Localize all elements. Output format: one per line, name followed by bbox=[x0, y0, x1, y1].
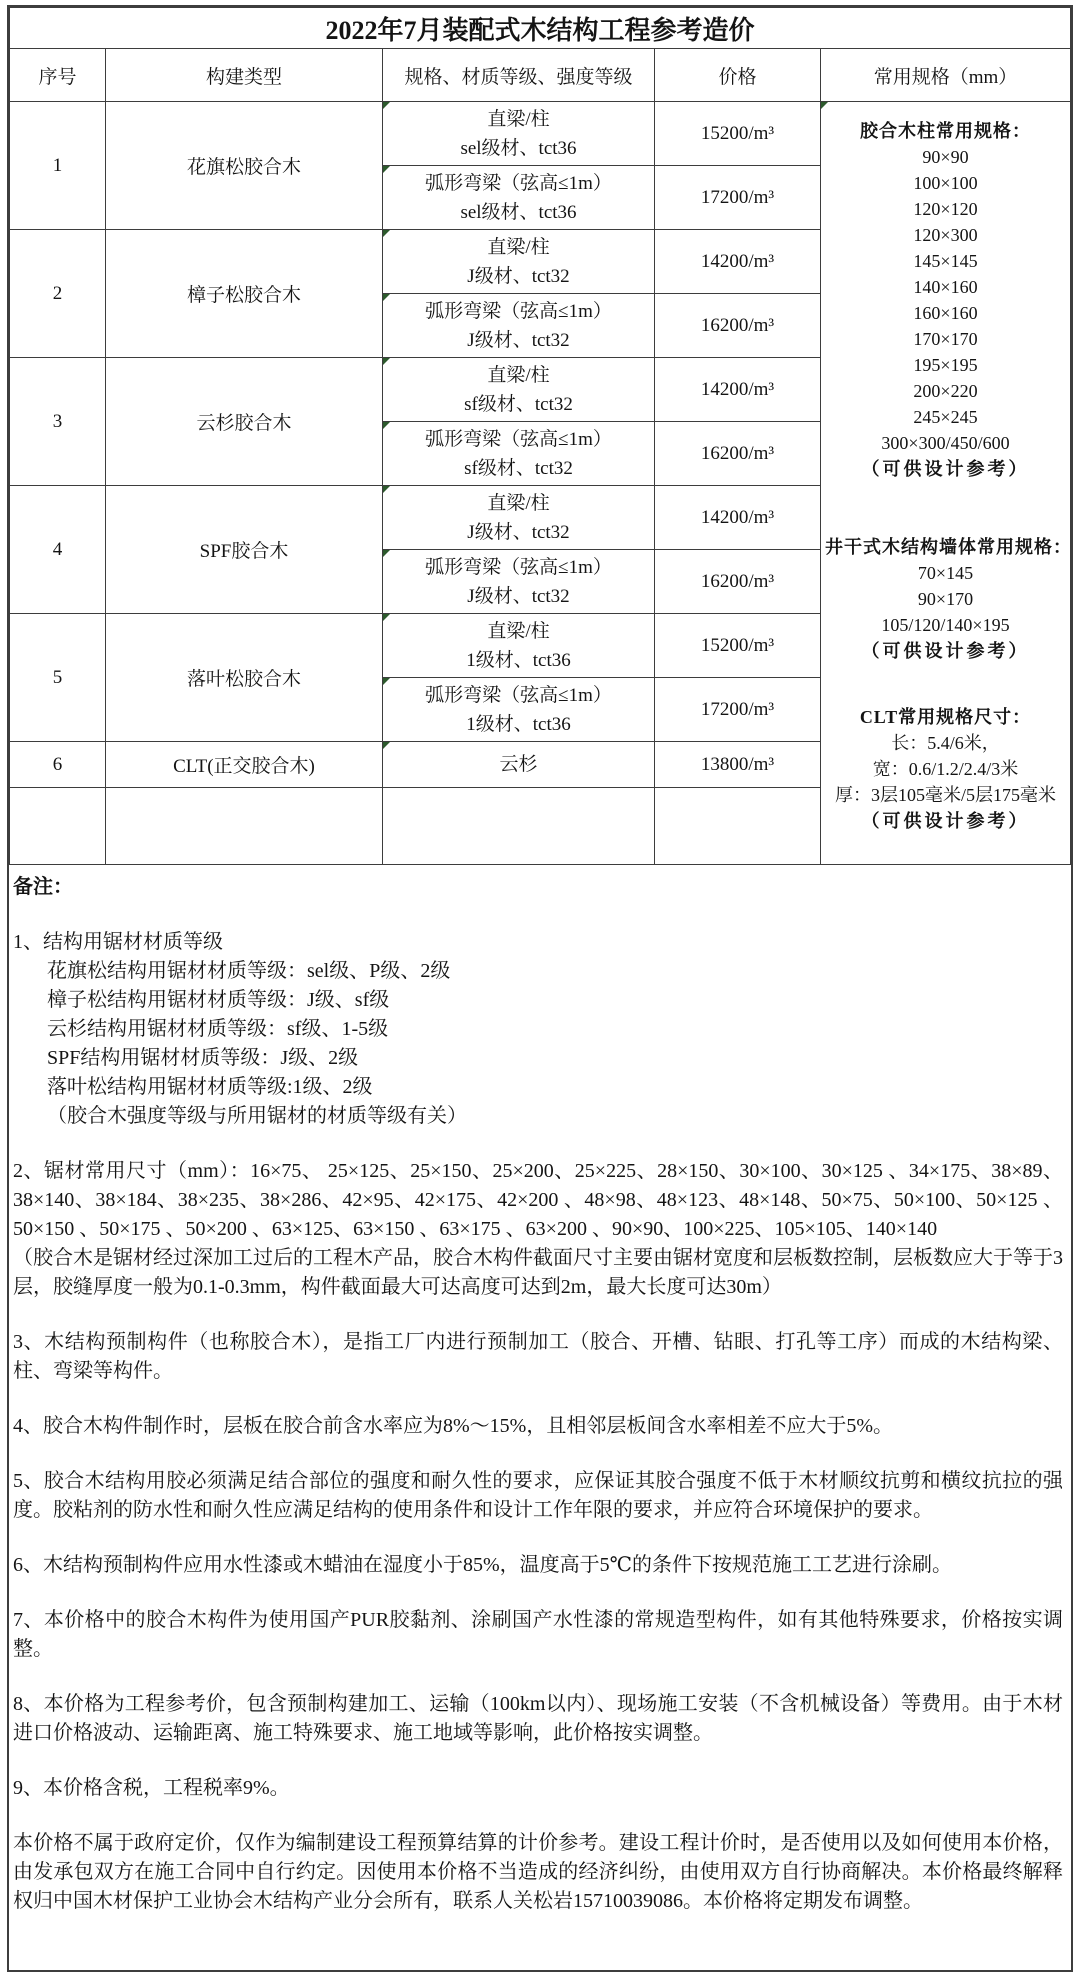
cell-corner-mark-icon bbox=[383, 358, 390, 365]
cell-corner-mark-icon bbox=[383, 486, 390, 493]
spec-line: 云杉 bbox=[383, 750, 654, 779]
cell-corner-mark-icon bbox=[821, 102, 828, 109]
price-value: 14200/m³ bbox=[655, 230, 821, 294]
row-number: 6 bbox=[10, 742, 106, 788]
note-line: 云杉结构用锯材材质等级：sf级、1-5级 bbox=[13, 1015, 1063, 1044]
spec-cell: 直梁/柱 sf级材、tct32 bbox=[383, 358, 655, 422]
side-spec-line: 100×100 bbox=[825, 170, 1066, 196]
column-header-spec: 规格、材质等级、强度等级 bbox=[383, 49, 655, 102]
price-value: 16200/m³ bbox=[655, 550, 821, 614]
cell-corner-mark-icon bbox=[383, 102, 390, 109]
spec-line: J级材、tct32 bbox=[383, 582, 654, 611]
note-7: 7、本价格中的胶合木构件为使用国产PUR胶黏剂、涂刷国产水性漆的常规造型构件，如… bbox=[13, 1606, 1063, 1664]
side-spec-line: 长：5.4/6米， bbox=[825, 730, 1066, 756]
row-number: 2 bbox=[10, 230, 106, 358]
spec-line: 弧形弯梁（弦高≤1m） bbox=[383, 425, 654, 454]
side-spec-line: 90×90 bbox=[825, 144, 1066, 170]
spec-cell: 弧形弯梁（弦高≤1m） sf级材、tct32 bbox=[383, 422, 655, 486]
empty-cell bbox=[10, 788, 106, 865]
spec-cell: 云杉 bbox=[383, 742, 655, 788]
component-type: SPF胶合木 bbox=[106, 486, 383, 614]
side-group-footer: （可供设计参考） bbox=[825, 456, 1066, 482]
log-wall-specs-group: 井干式木结构墙体常用规格： 70×145 90×170 105/120/140×… bbox=[825, 534, 1066, 664]
spec-line: 1级材、tct36 bbox=[383, 646, 654, 675]
side-spec-line: 300×300/450/600 bbox=[825, 430, 1066, 456]
side-group-footer: （可供设计参考） bbox=[825, 808, 1066, 834]
spec-cell: 直梁/柱 J级材、tct32 bbox=[383, 230, 655, 294]
cell-corner-mark-icon bbox=[383, 166, 390, 173]
spec-cell: 直梁/柱 sel级材、tct36 bbox=[383, 102, 655, 166]
price-value: 17200/m³ bbox=[655, 166, 821, 230]
empty-cell bbox=[655, 788, 821, 865]
spec-line: sf级材、tct32 bbox=[383, 390, 654, 419]
side-spec-line: 245×245 bbox=[825, 404, 1066, 430]
side-spec-line: 120×300 bbox=[825, 222, 1066, 248]
note-2: 2、锯材常用尺寸（mm）：16×75、 25×125、25×150、25×200… bbox=[13, 1157, 1063, 1302]
empty-cell bbox=[383, 788, 655, 865]
component-type: 花旗松胶合木 bbox=[106, 102, 383, 230]
side-spec-line: 90×170 bbox=[825, 586, 1066, 612]
spec-line: 弧形弯梁（弦高≤1m） bbox=[383, 553, 654, 582]
spec-line: 弧形弯梁（弦高≤1m） bbox=[383, 169, 654, 198]
price-value: 17200/m³ bbox=[655, 678, 821, 742]
spec-cell: 弧形弯梁（弦高≤1m） sel级材、tct36 bbox=[383, 166, 655, 230]
row-number: 5 bbox=[10, 614, 106, 742]
side-spec-line: 宽：0.6/1.2/2.4/3米 bbox=[825, 756, 1066, 782]
side-group-heading: 胶合木柱常用规格： bbox=[825, 118, 1066, 144]
spec-line: sel级材、tct36 bbox=[383, 134, 654, 163]
spec-line: 弧形弯梁（弦高≤1m） bbox=[383, 681, 654, 710]
spec-line: 弧形弯梁（弦高≤1m） bbox=[383, 297, 654, 326]
spec-line: sel级材、tct36 bbox=[383, 198, 654, 227]
note-3: 3、木结构预制构件（也称胶合木），是指工厂内进行预制加工（胶合、开槽、钻眼、打孔… bbox=[13, 1328, 1063, 1386]
spec-line: 直梁/柱 bbox=[383, 489, 654, 518]
spec-cell: 弧形弯梁（弦高≤1m） J级材、tct32 bbox=[383, 294, 655, 358]
note-line: 落叶松结构用锯材材质等级:1级、2级 bbox=[13, 1073, 1063, 1102]
spec-cell: 直梁/柱 1级材、tct36 bbox=[383, 614, 655, 678]
clt-specs-group: CLT常用规格尺寸： 长：5.4/6米， 宽：0.6/1.2/2.4/3米 厚：… bbox=[825, 704, 1066, 834]
spec-line: J级材、tct32 bbox=[383, 518, 654, 547]
column-header-no: 序号 bbox=[10, 49, 106, 102]
spec-cell: 弧形弯梁（弦高≤1m） J级材、tct32 bbox=[383, 550, 655, 614]
cell-corner-mark-icon bbox=[383, 230, 390, 237]
note-line: （胶合木是锯材经过深加工过后的工程木产品，胶合木构件截面尺寸主要由锯材宽度和层板… bbox=[13, 1244, 1063, 1302]
spec-line: J级材、tct32 bbox=[383, 262, 654, 291]
glulam-column-specs-group: 胶合木柱常用规格： 90×90 100×100 120×120 120×300 … bbox=[825, 118, 1066, 482]
note-1: 1、结构用锯材材质等级 花旗松结构用锯材材质等级：sel级、P级、2级 樟子松结… bbox=[13, 928, 1063, 1131]
side-spec-line: 70×145 bbox=[825, 560, 1066, 586]
price-value: 16200/m³ bbox=[655, 422, 821, 486]
price-value: 16200/m³ bbox=[655, 294, 821, 358]
spec-line: 直梁/柱 bbox=[383, 617, 654, 646]
side-group-heading: CLT常用规格尺寸： bbox=[825, 704, 1066, 730]
side-group-heading: 井干式木结构墙体常用规格： bbox=[825, 534, 1066, 560]
side-spec-line: 200×220 bbox=[825, 378, 1066, 404]
cell-corner-mark-icon bbox=[383, 550, 390, 557]
side-spec-line: 厚：3层105毫米/5层175毫米 bbox=[825, 782, 1066, 808]
row-number: 1 bbox=[10, 102, 106, 230]
row-number: 4 bbox=[10, 486, 106, 614]
note-8: 8、本价格为工程参考价，包含预制构建加工、运输（100km以内）、现场施工安装（… bbox=[13, 1690, 1063, 1748]
side-spec-line: 170×170 bbox=[825, 326, 1066, 352]
price-sheet: 2022年7月装配式木结构工程参考造价 序号 构建类型 规格、材质等级、强度等级… bbox=[7, 5, 1073, 1972]
price-value: 15200/m³ bbox=[655, 102, 821, 166]
price-value: 15200/m³ bbox=[655, 614, 821, 678]
note-line: （胶合木强度等级与所用锯材的材质等级有关） bbox=[13, 1102, 1063, 1131]
note-line: SPF结构用锯材材质等级：J级、2级 bbox=[13, 1044, 1063, 1073]
cell-corner-mark-icon bbox=[383, 294, 390, 301]
note-5: 5、胶合木结构用胶必须满足结合部位的强度和耐久性的要求，应保证其胶合强度不低于木… bbox=[13, 1467, 1063, 1525]
cell-corner-mark-icon bbox=[383, 422, 390, 429]
column-header-type: 构建类型 bbox=[106, 49, 383, 102]
notes-section: 备注： 1、结构用锯材材质等级 花旗松结构用锯材材质等级：sel级、P级、2级 … bbox=[9, 865, 1071, 1916]
spec-line: 1级材、tct36 bbox=[383, 710, 654, 739]
side-spec-line: 145×145 bbox=[825, 248, 1066, 274]
price-value: 14200/m³ bbox=[655, 358, 821, 422]
note-4: 4、胶合木构件制作时，层板在胶合前含水率应为8%～15%，且相邻层板间含水率相差… bbox=[13, 1412, 1063, 1441]
notes-disclaimer: 本价格不属于政府定价，仅作为编制建设工程预算结算的计价参考。建设工程计价时，是否… bbox=[13, 1829, 1063, 1916]
side-spec-line: 140×160 bbox=[825, 274, 1066, 300]
note-line: 樟子松结构用锯材材质等级：J级、sf级 bbox=[13, 986, 1063, 1015]
note-line: 1、结构用锯材材质等级 bbox=[13, 928, 1063, 957]
side-spec-line: 120×120 bbox=[825, 196, 1066, 222]
note-line: 花旗松结构用锯材材质等级：sel级、P级、2级 bbox=[13, 957, 1063, 986]
component-type: CLT(正交胶合木) bbox=[106, 742, 383, 788]
component-type: 落叶松胶合木 bbox=[106, 614, 383, 742]
spec-line: J级材、tct32 bbox=[383, 326, 654, 355]
page-title: 2022年7月装配式木结构工程参考造价 bbox=[10, 8, 1071, 49]
note-6: 6、木结构预制构件应用水性漆或木蜡油在湿度小于85%，温度高于5℃的条件下按规范… bbox=[13, 1551, 1063, 1580]
side-spec-line: 160×160 bbox=[825, 300, 1066, 326]
notes-label: 备注： bbox=[13, 873, 1063, 902]
side-group-footer: （可供设计参考） bbox=[825, 638, 1066, 664]
column-header-common-specs: 常用规格（mm） bbox=[821, 49, 1071, 102]
spec-cell: 直梁/柱 J级材、tct32 bbox=[383, 486, 655, 550]
cell-corner-mark-icon bbox=[383, 614, 390, 621]
note-line: 2、锯材常用尺寸（mm）：16×75、 25×125、25×150、25×200… bbox=[13, 1157, 1063, 1244]
component-type: 樟子松胶合木 bbox=[106, 230, 383, 358]
cell-corner-mark-icon bbox=[383, 678, 390, 685]
spec-line: 直梁/柱 bbox=[383, 233, 654, 262]
price-value: 14200/m³ bbox=[655, 486, 821, 550]
spec-line: 直梁/柱 bbox=[383, 361, 654, 390]
common-specs-cell: 胶合木柱常用规格： 90×90 100×100 120×120 120×300 … bbox=[821, 102, 1071, 865]
spec-line: sf级材、tct32 bbox=[383, 454, 654, 483]
side-spec-line: 195×195 bbox=[825, 352, 1066, 378]
row-number: 3 bbox=[10, 358, 106, 486]
price-table: 2022年7月装配式木结构工程参考造价 序号 构建类型 规格、材质等级、强度等级… bbox=[9, 7, 1071, 865]
cell-corner-mark-icon bbox=[383, 742, 390, 749]
column-header-price: 价格 bbox=[655, 49, 821, 102]
table-row: 1 花旗松胶合木 直梁/柱 sel级材、tct36 15200/m³ 胶合木柱常… bbox=[10, 102, 1071, 166]
price-value: 13800/m³ bbox=[655, 742, 821, 788]
spec-line: 直梁/柱 bbox=[383, 105, 654, 134]
empty-cell bbox=[106, 788, 383, 865]
note-9: 9、本价格含税，工程税率9%。 bbox=[13, 1774, 1063, 1803]
component-type: 云杉胶合木 bbox=[106, 358, 383, 486]
side-spec-line: 105/120/140×195 bbox=[825, 612, 1066, 638]
spec-cell: 弧形弯梁（弦高≤1m） 1级材、tct36 bbox=[383, 678, 655, 742]
